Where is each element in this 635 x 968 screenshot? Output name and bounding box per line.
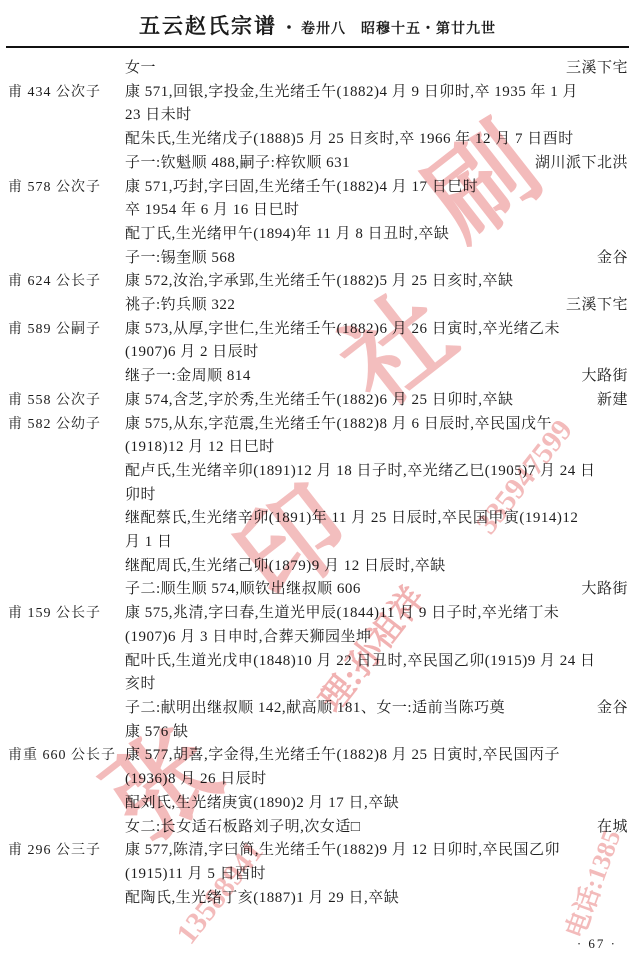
entry-line: 配卢氏,生光绪辛卯(1891)12 月 18 日子时,卒光绪乙巳(1905)7 … (125, 460, 628, 484)
line-place (620, 768, 628, 792)
entry-line: 康 577,胡喜,字金得,生光绪壬午(1882)8 月 25 日寅时,卒民国丙子 (125, 744, 628, 768)
entry-lines: 康 571,巧封,字曰固,生光绪壬午(1882)4 月 17 日巳时卒 1954… (125, 176, 628, 271)
line-place (620, 673, 628, 697)
line-place (620, 128, 628, 152)
entry-row: 甫 589 公嗣子康 573,从厚,字世仁,生光绪壬午(1882)6 月 26 … (8, 318, 628, 389)
line-text: (1907)6 月 3 日申时,合葬天狮园坐坤 (125, 626, 372, 650)
entry-label: 甫 296 公三子 (8, 839, 125, 863)
entry-row: 甫 624 公长子康 572,汝治,字承郢,生光绪壬午(1882)5 月 25 … (8, 270, 628, 317)
line-text: 配朱氏,生光绪戊子(1888)5 月 25 日亥时,卒 1966 年 12 月 … (125, 128, 574, 152)
line-place: 大路街 (573, 365, 628, 389)
line-text: 继子一:金周顺 814 (125, 365, 251, 389)
line-text: 子一:钦魁顺 488,嗣子:梓钦顺 631 (125, 152, 350, 176)
line-place: 金谷 (589, 247, 628, 271)
entry-lines: 康 572,汝治,字承郢,生光绪壬午(1882)5 月 25 日亥时,卒缺祧子:… (125, 270, 628, 317)
entry-line: (1907)6 月 3 日申时,合葬天狮园坐坤 (125, 626, 628, 650)
entry-lines: 康 577,陈清,字曰简,生光绪壬午(1882)9 月 12 日卯时,卒民国乙卯… (125, 839, 628, 910)
line-place: 湖川派下北洪 (527, 152, 628, 176)
entry-row: 甫 434 公次子康 571,回银,字投金,生光绪壬午(1882)4 月 9 日… (8, 81, 628, 176)
volume-subtitle: 卷卅八 昭穆十五・第廿九世 (301, 22, 496, 37)
line-place (620, 270, 628, 294)
entry-line: 卒 1954 年 6 月 16 日巳时 (125, 199, 628, 223)
line-place (620, 650, 628, 674)
entry-row: 甫 296 公三子康 577,陈清,字曰简,生光绪壬午(1882)9 月 12 … (8, 839, 628, 910)
line-place: 三溪下宅 (558, 294, 628, 318)
entry-lines: 康 574,含芝,字於秀,生光绪壬午(1882)6 月 25 日卯时,卒缺新建 (125, 389, 628, 413)
genealogy-entries: 女一三溪下宅甫 434 公次子康 571,回银,字投金,生光绪壬午(1882)4… (0, 48, 635, 910)
title-separator: ・ (281, 20, 297, 37)
entry-line: 配陶氏,生光绪丁亥(1887)1 月 29 日,卒缺 (125, 887, 628, 911)
line-place (620, 223, 628, 247)
line-text: (1918)12 月 12 日巳时 (125, 436, 275, 460)
line-place (620, 792, 628, 816)
entry-line: 康 571,巧封,字曰固,生光绪壬午(1882)4 月 17 日巳时 (125, 176, 628, 200)
entry-label: 甫 159 公长子 (8, 602, 125, 626)
entry-row: 甫重 660 公长子康 577,胡喜,字金得,生光绪壬午(1882)8 月 25… (8, 744, 628, 839)
genealogy-page: 五云赵氏宗谱・卷卅八 昭穆十五・第廿九世 女一三溪下宅甫 434 公次子康 57… (0, 0, 635, 968)
entry-row: 甫 558 公次子康 574,含芝,字於秀,生光绪壬午(1882)6 月 25 … (8, 389, 628, 413)
line-text: 女一 (125, 57, 156, 81)
entry-line: 亥时 (125, 673, 628, 697)
entry-line: 祧子:钓兵顺 322三溪下宅 (125, 294, 628, 318)
line-place (620, 626, 628, 650)
line-text: 配陶氏,生光绪丁亥(1887)1 月 29 日,卒缺 (125, 887, 399, 911)
entry-line: 配朱氏,生光绪戊子(1888)5 月 25 日亥时,卒 1966 年 12 月 … (125, 128, 628, 152)
line-place (620, 81, 628, 105)
entry-line: (1915)11 月 5 日酉时 (125, 863, 628, 887)
entry-line: 子一:锡奎顺 568金谷 (125, 247, 628, 271)
entry-label: 甫 589 公嗣子 (8, 318, 125, 342)
line-text: 子二:献明出继叔顺 142,献高顺 181、女一:适前当陈巧奠 (125, 697, 505, 721)
line-place (620, 863, 628, 887)
entry-row: 甫 582 公幼子康 575,从东,字范震,生光绪壬午(1882)8 月 6 日… (8, 413, 628, 603)
line-place: 在城 (589, 816, 628, 840)
entry-line: 继子一:金周顺 814大路街 (125, 365, 628, 389)
entry-line: 卯时 (125, 484, 628, 508)
entry-line: 继配蔡氏,生光绪辛卯(1891)年 11 月 25 日辰时,卒民国甲寅(1914… (125, 507, 628, 531)
line-text: 祧子:钓兵顺 322 (125, 294, 235, 318)
entry-lines: 康 577,胡喜,字金得,生光绪壬午(1882)8 月 25 日寅时,卒民国丙子… (125, 744, 628, 839)
entry-line: 子二:献明出继叔顺 142,献高顺 181、女一:适前当陈巧奠金谷 (125, 697, 628, 721)
line-place (620, 887, 628, 911)
entry-line: 子一:钦魁顺 488,嗣子:梓钦顺 631湖川派下北洪 (125, 152, 628, 176)
line-place: 三溪下宅 (558, 57, 628, 81)
entry-line: 康 574,含芝,字於秀,生光绪壬午(1882)6 月 25 日卯时,卒缺新建 (125, 389, 628, 413)
line-place: 金谷 (589, 697, 628, 721)
line-place (620, 744, 628, 768)
entry-lines: 康 575,从东,字范震,生光绪壬午(1882)8 月 6 日辰时,卒民国戊午(… (125, 413, 628, 603)
line-place (620, 436, 628, 460)
entry-line: (1907)6 月 2 日辰时 (125, 341, 628, 365)
entry-label: 甫 582 公幼子 (8, 413, 125, 437)
line-place (620, 199, 628, 223)
entry-line: (1936)8 月 26 日辰时 (125, 768, 628, 792)
entry-line: 配丁氏,生光绪甲午(1894)年 11 月 8 日丑时,卒缺 (125, 223, 628, 247)
line-place (620, 721, 628, 745)
line-text: (1915)11 月 5 日酉时 (125, 863, 266, 887)
entry-lines: 康 573,从厚,字世仁,生光绪壬午(1882)6 月 26 日寅时,卒光绪乙未… (125, 318, 628, 389)
line-text: 配刘氏,生光绪庚寅(1890)2 月 17 日,卒缺 (125, 792, 399, 816)
line-text: 继配蔡氏,生光绪辛卯(1891)年 11 月 25 日辰时,卒民国甲寅(1914… (125, 507, 578, 531)
entry-line: 配叶氏,生道光戊申(1848)10 月 22 日丑时,卒民国乙卯(1915)9 … (125, 650, 628, 674)
line-text: 康 572,汝治,字承郢,生光绪壬午(1882)5 月 25 日亥时,卒缺 (125, 270, 514, 294)
entry-label: 甫重 660 公长子 (8, 744, 125, 768)
line-place (620, 555, 628, 579)
entry-line: 康 575,兆清,字曰春,生道光甲辰(1844)11 月 9 日子时,卒光绪丁未 (125, 602, 628, 626)
line-place (620, 341, 628, 365)
page-number: · 67 · (577, 936, 617, 952)
line-text: 康 573,从厚,字世仁,生光绪壬午(1882)6 月 26 日寅时,卒光绪乙未 (125, 318, 560, 342)
line-text: 卒 1954 年 6 月 16 日巳时 (125, 199, 300, 223)
line-text: (1936)8 月 26 日辰时 (125, 768, 267, 792)
line-place (620, 176, 628, 200)
line-text: 子二:顺生顺 574,顺钦出继叔顺 606 (125, 578, 361, 602)
entry-line: 康 572,汝治,字承郢,生光绪壬午(1882)5 月 25 日亥时,卒缺 (125, 270, 628, 294)
line-place (620, 460, 628, 484)
line-text: 康 575,兆清,字曰春,生道光甲辰(1844)11 月 9 日子时,卒光绪丁未 (125, 602, 559, 626)
line-text: 康 571,回银,字投金,生光绪壬午(1882)4 月 9 日卯时,卒 1935… (125, 81, 578, 105)
line-place (620, 839, 628, 863)
line-place (620, 531, 628, 555)
entry-label: 甫 558 公次子 (8, 389, 125, 413)
entry-line: 康 571,回银,字投金,生光绪壬午(1882)4 月 9 日卯时,卒 1935… (125, 81, 628, 105)
entry-line: (1918)12 月 12 日巳时 (125, 436, 628, 460)
entry-line: 康 577,陈清,字曰简,生光绪壬午(1882)9 月 12 日卯时,卒民国乙卯 (125, 839, 628, 863)
entry-line: 康 573,从厚,字世仁,生光绪壬午(1882)6 月 26 日寅时,卒光绪乙未 (125, 318, 628, 342)
line-text: 女二:长女适石板路刘子明,次女适□ (125, 816, 360, 840)
line-text: 23 日未时 (125, 104, 192, 128)
line-text: 子一:锡奎顺 568 (125, 247, 235, 271)
line-place (620, 318, 628, 342)
entry-lines: 康 575,兆清,字曰春,生道光甲辰(1844)11 月 9 日子时,卒光绪丁未… (125, 602, 628, 744)
line-place (620, 413, 628, 437)
line-text: 月 1 日 (125, 531, 173, 555)
entry-line: 月 1 日 (125, 531, 628, 555)
entry-line: 康 576 缺 (125, 721, 628, 745)
entry-line: 女二:长女适石板路刘子明,次女适□在城 (125, 816, 628, 840)
line-text: 配卢氏,生光绪辛卯(1891)12 月 18 日子时,卒光绪乙巳(1905)7 … (125, 460, 595, 484)
line-text: 康 575,从东,字范震,生光绪壬午(1882)8 月 6 日辰时,卒民国戊午 (125, 413, 552, 437)
entry-row: 甫 159 公长子康 575,兆清,字曰春,生道光甲辰(1844)11 月 9 … (8, 602, 628, 744)
line-place (620, 602, 628, 626)
entry-label: 甫 624 公长子 (8, 270, 125, 294)
entry-line: 子二:顺生顺 574,顺钦出继叔顺 606大路街 (125, 578, 628, 602)
entry-lines: 康 571,回银,字投金,生光绪壬午(1882)4 月 9 日卯时,卒 1935… (125, 81, 628, 176)
line-place (620, 507, 628, 531)
entry-line: 康 575,从东,字范震,生光绪壬午(1882)8 月 6 日辰时,卒民国戊午 (125, 413, 628, 437)
line-text: 康 574,含芝,字於秀,生光绪壬午(1882)6 月 25 日卯时,卒缺 (125, 389, 514, 413)
entry-line: 23 日未时 (125, 104, 628, 128)
line-text: 配丁氏,生光绪甲午(1894)年 11 月 8 日丑时,卒缺 (125, 223, 449, 247)
entry-line: 继配周氏,生光绪己卯(1879)9 月 12 日辰时,卒缺 (125, 555, 628, 579)
line-place (620, 484, 628, 508)
entry-lines: 女一三溪下宅 (125, 57, 628, 81)
line-text: 配叶氏,生道光戊申(1848)10 月 22 日丑时,卒民国乙卯(1915)9 … (125, 650, 595, 674)
entry-row: 甫 578 公次子康 571,巧封,字曰固,生光绪壬午(1882)4 月 17 … (8, 176, 628, 271)
page-header: 五云赵氏宗谱・卷卅八 昭穆十五・第廿九世 (0, 0, 635, 40)
line-place: 大路街 (573, 578, 628, 602)
entry-line: 女一三溪下宅 (125, 57, 628, 81)
line-text: 康 577,陈清,字曰简,生光绪壬午(1882)9 月 12 日卯时,卒民国乙卯 (125, 839, 560, 863)
line-text: 亥时 (125, 673, 156, 697)
entry-label: 甫 434 公次子 (8, 81, 125, 105)
book-title: 五云赵氏宗谱 (139, 14, 277, 38)
line-text: 康 571,巧封,字曰固,生光绪壬午(1882)4 月 17 日巳时 (125, 176, 478, 200)
line-text: (1907)6 月 2 日辰时 (125, 341, 259, 365)
entry-label: 甫 578 公次子 (8, 176, 125, 200)
line-text: 继配周氏,生光绪己卯(1879)9 月 12 日辰时,卒缺 (125, 555, 446, 579)
line-place (620, 104, 628, 128)
line-text: 康 576 缺 (125, 721, 189, 745)
entry-row: 女一三溪下宅 (8, 57, 628, 81)
entry-line: 配刘氏,生光绪庚寅(1890)2 月 17 日,卒缺 (125, 792, 628, 816)
line-text: 卯时 (125, 484, 156, 508)
line-text: 康 577,胡喜,字金得,生光绪壬午(1882)8 月 25 日寅时,卒民国丙子 (125, 744, 560, 768)
line-place: 新建 (589, 389, 628, 413)
